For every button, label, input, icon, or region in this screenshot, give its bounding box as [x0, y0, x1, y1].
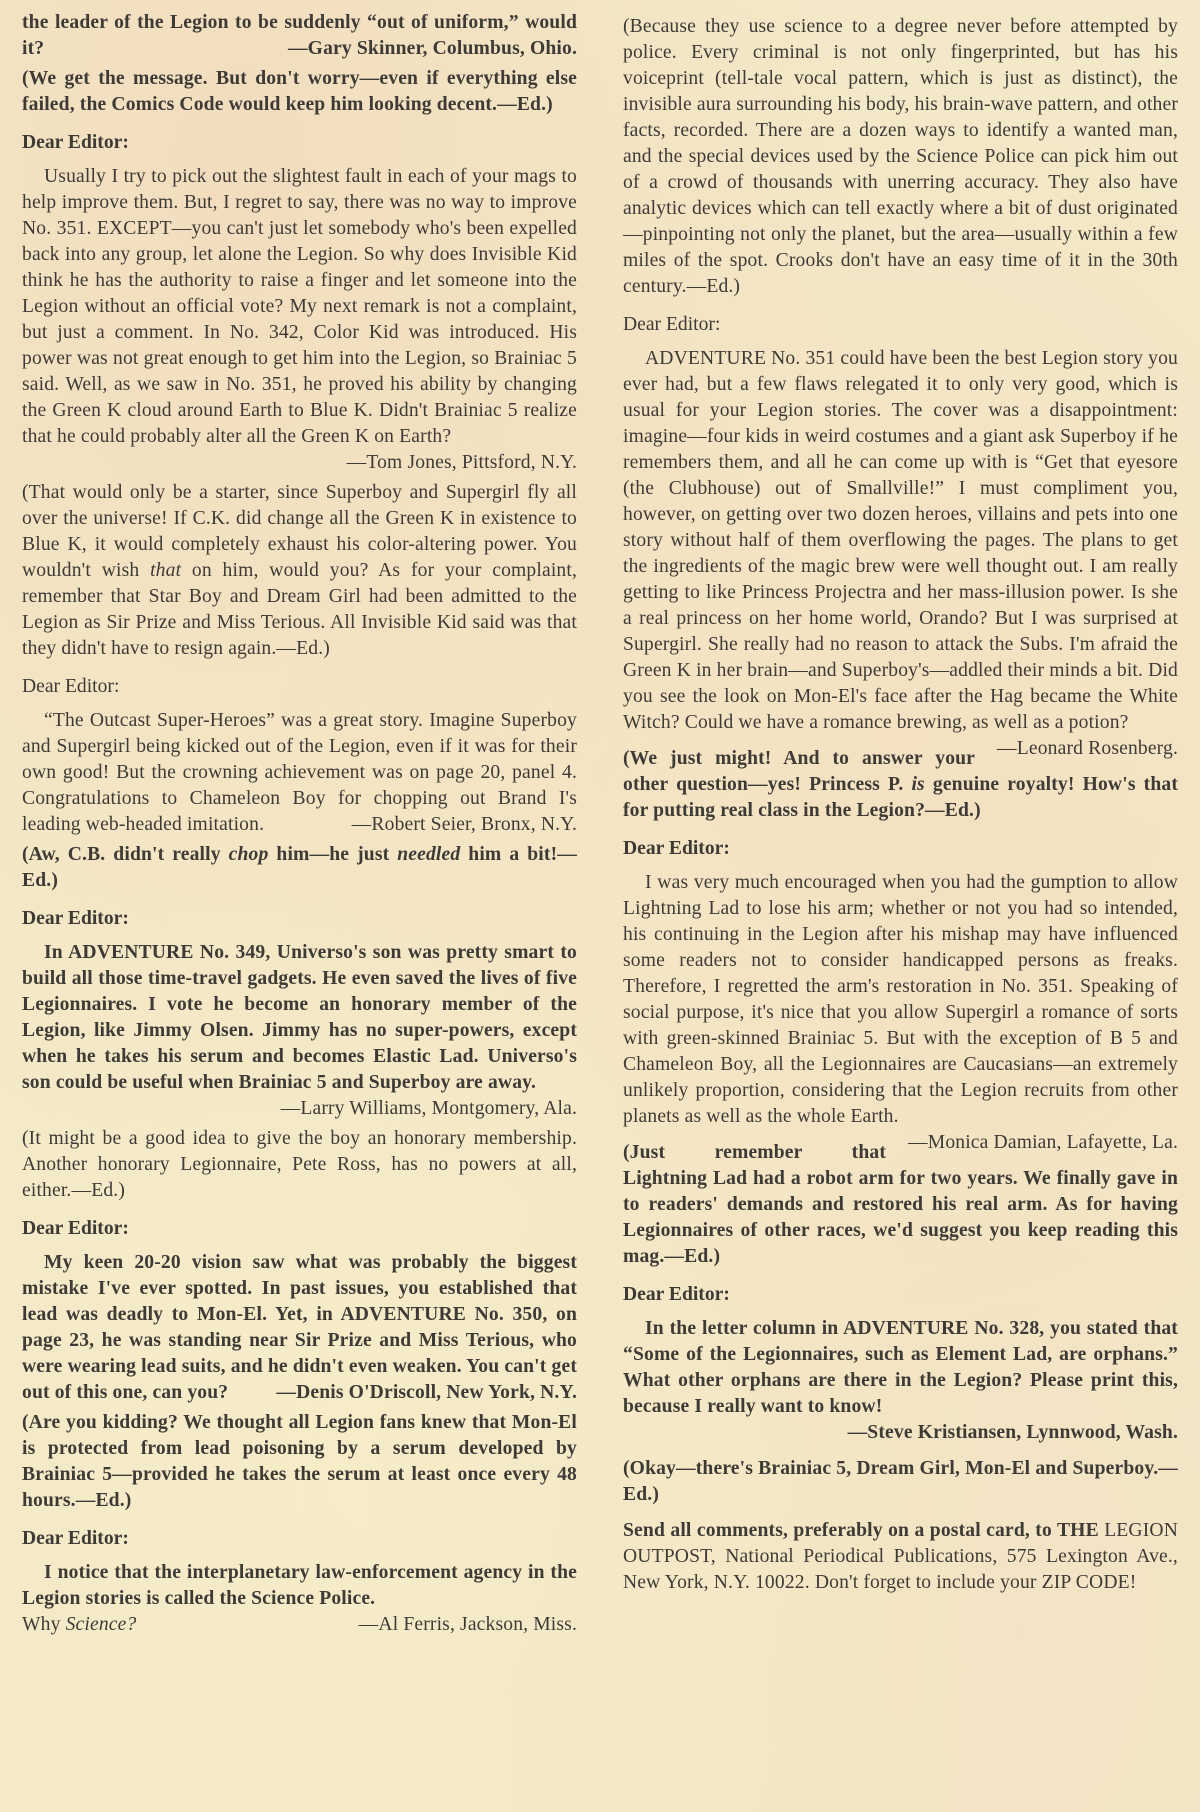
letter-body: ADVENTURE No. 351 could have been the be…	[623, 346, 1178, 736]
editor-reply: (Just remember that Lightning Lad had a …	[623, 1140, 1178, 1270]
editor-reply: (We get the message. But don't worry—eve…	[22, 66, 577, 118]
letter: Dear Editor: I was very much encouraged …	[623, 836, 1178, 1270]
letter-body: Usually I try to pick out the slightest …	[22, 164, 577, 450]
editor-reply: (It might be a good idea to give the boy…	[22, 1126, 577, 1204]
spacer	[623, 1508, 1178, 1518]
continued-letter: the leader of the Legion to be suddenly …	[22, 10, 577, 118]
letter: Dear Editor: I notice that the interplan…	[22, 1526, 577, 1638]
letters-page: the leader of the Legion to be suddenly …	[0, 0, 1200, 1812]
letter-signature: —Larry Williams, Montgomery, Ala.	[22, 1096, 577, 1122]
salutation: Dear Editor:	[22, 1526, 577, 1552]
salutation: Dear Editor:	[22, 674, 577, 700]
letter: Dear Editor: “The Outcast Super-Heroes” …	[22, 674, 577, 894]
letter-body: In ADVENTURE No. 349, Universo's son was…	[22, 940, 577, 1096]
letter-signature: —Al Ferris, Jackson, Miss.	[359, 1612, 577, 1638]
letter-signature: —Tom Jones, Pittsford, N.Y.	[22, 450, 577, 476]
salutation: Dear Editor:	[22, 1216, 577, 1242]
letter-signature: —Robert Seier, Bronx, N.Y.	[330, 812, 577, 838]
salutation: Dear Editor:	[623, 836, 1178, 862]
editor-reply: (Okay—there's Brainiac 5, Dream Girl, Mo…	[623, 1456, 1178, 1508]
editor-reply: (Because they use science to a degree ne…	[623, 14, 1178, 300]
letter: Dear Editor: Usually I try to pick out t…	[22, 130, 577, 662]
letter-body: My keen 20-20 vision saw what was probab…	[22, 1250, 577, 1406]
letter-body: “The Outcast Super-Heroes” was a great s…	[22, 708, 577, 838]
editor-reply: (That would only be a starter, since Sup…	[22, 480, 577, 662]
letter-signature: —Steve Kristiansen, Lynnwood, Wash.	[623, 1420, 1178, 1446]
salutation: Dear Editor:	[623, 1282, 1178, 1308]
letter-signature: —Gary Skinner, Columbus, Ohio.	[288, 36, 577, 62]
editor-reply: (Are you kidding? We thought all Legion …	[22, 1410, 577, 1514]
salutation: Dear Editor:	[623, 312, 1178, 338]
salutation: Dear Editor:	[22, 906, 577, 932]
editor-reply: (Aw, C.B. didn't really chop him—he just…	[22, 842, 577, 894]
letter-body: I notice that the interplanetary law-enf…	[22, 1560, 577, 1612]
salutation: Dear Editor:	[22, 130, 577, 156]
letter: Dear Editor: ADVENTURE No. 351 could hav…	[623, 312, 1178, 824]
left-column: the leader of the Legion to be suddenly …	[22, 10, 577, 1812]
letter-body: the leader of the Legion to be suddenly …	[22, 10, 577, 62]
letter-signature: —Denis O'Driscoll, New York, N.Y.	[254, 1380, 577, 1406]
letter-closing: Why Science? —Al Ferris, Jackson, Miss.	[22, 1612, 577, 1638]
letter: Dear Editor: In the letter column in ADV…	[623, 1282, 1178, 1508]
letter: Dear Editor: In ADVENTURE No. 349, Unive…	[22, 906, 577, 1204]
letter: Dear Editor: My keen 20-20 vision saw wh…	[22, 1216, 577, 1514]
submission-instructions: Send all comments, preferably on a posta…	[623, 1518, 1178, 1596]
letter-signature: —Monica Damian, Lafayette, La.	[886, 1130, 1178, 1156]
right-column: (Because they use science to a degree ne…	[623, 10, 1178, 1812]
letter-signature: —Leonard Rosenberg.	[975, 736, 1178, 762]
letter-body: In the letter column in ADVENTURE No. 32…	[623, 1316, 1178, 1420]
letter-body: I was very much encouraged when you had …	[623, 870, 1178, 1130]
